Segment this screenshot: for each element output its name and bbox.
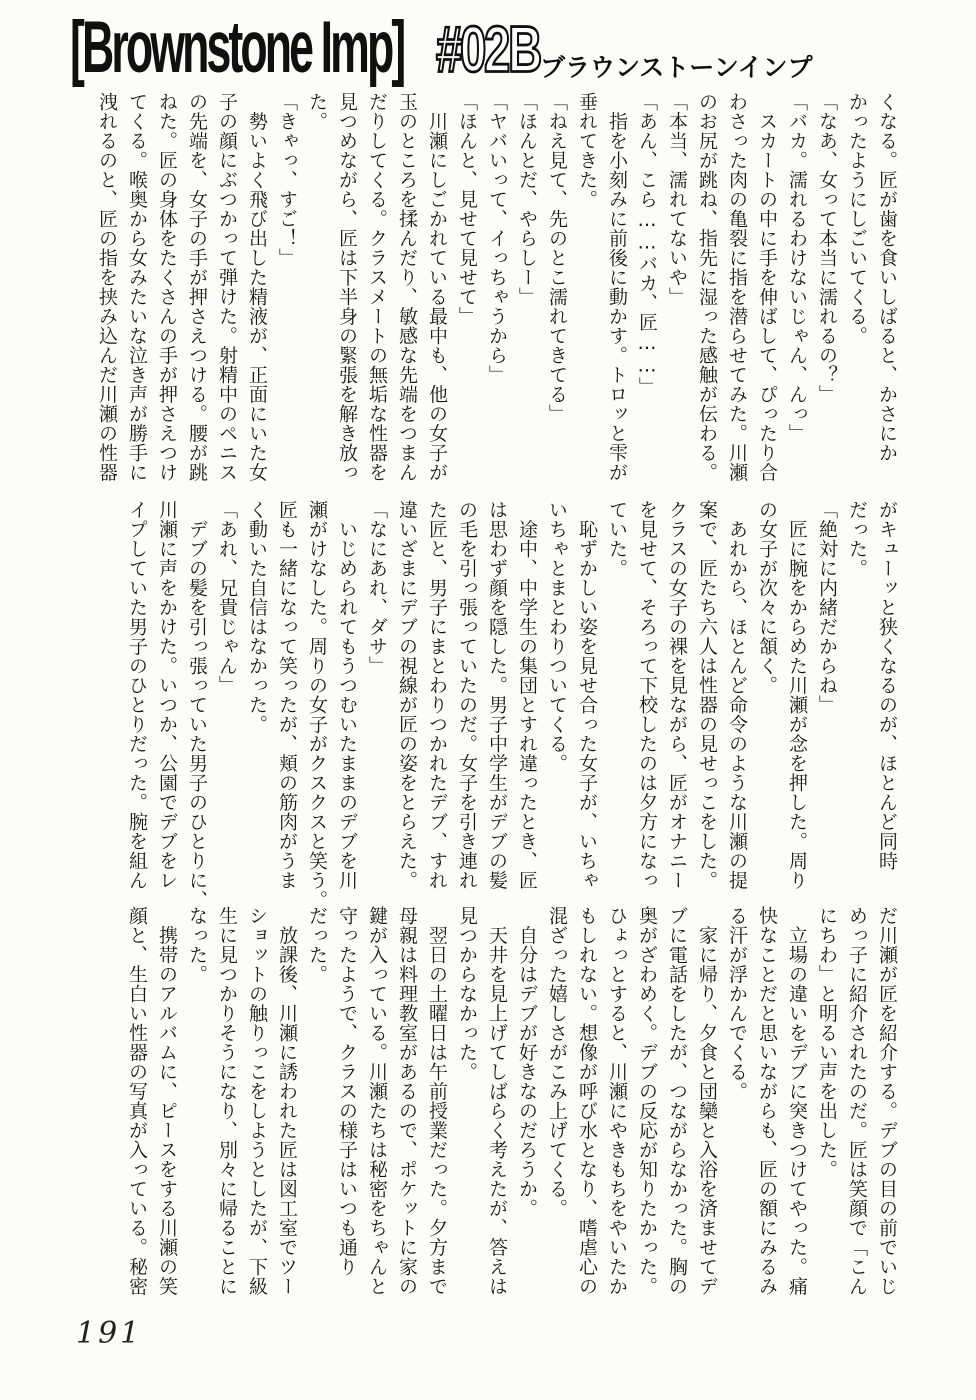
text-column: 母親は料理教室があるので、ポケットに家の [392, 906, 422, 1312]
text-column: 「きゃっ、すご！」 [272, 92, 302, 484]
text-column: 「絶対に内緒だからね」 [812, 500, 842, 896]
text-column: 垂れてきた。 [572, 92, 602, 484]
series-title-english: [Brownstone Imp] [70, 6, 403, 90]
text-column: 天井を見上げてしばらく考えたが、答えは [482, 906, 512, 1312]
text-column: ブに電話をしたが、つながらなかった。胸の [662, 906, 692, 1312]
text-column: だりしてくる。クラスメートの無垢な性器を [362, 92, 392, 484]
text-column: 守ったようで、クラスの様子はいつも通り [332, 906, 362, 1312]
text-column: 「ほんと、見せて見せて」 [452, 92, 482, 484]
text-column: いちゃとまとわりついてくる。 [542, 500, 572, 896]
text-column: 混ざった嬉しさがこみ上げてくる。 [542, 906, 572, 1312]
text-column: ねた。匠の身体をたくさんの手が押さえつけ [152, 92, 182, 484]
text-column: くなる。匠が歯を食いしばると、かさにか [872, 92, 902, 484]
text-column: く動いた自信はなかった。 [242, 500, 272, 896]
text-band-top: くなる。匠が歯を食いしばると、かさにかかったようにしごいてくる。「なあ、女って本… [92, 92, 902, 484]
text-column: あれから、ほとんど命令のような川瀬の提 [722, 500, 752, 896]
text-column: 川瀬にしごかれている最中も、他の女子が [422, 92, 452, 484]
episode-number: #02B [436, 12, 540, 87]
text-column: かったようにしごいてくる。 [842, 92, 872, 484]
text-column: 恥ずかしい姿を見せ合った女子が、いちゃ [572, 500, 602, 896]
text-column: 立場の違いをデブに突きつけてやった。痛 [782, 906, 812, 1312]
text-column: デブの髪を引っ張っていた男子のひとりに、 [182, 500, 212, 896]
text-column: 匠に腕をからめた川瀬が念を押した。周り [782, 500, 812, 896]
text-column: もしれない。想像が呼び水となり、嗜虐心の [572, 906, 602, 1312]
text-column: 子の顔にぶつかって弾けた。射精中のペニス [212, 92, 242, 484]
text-column: 「本当、濡れてないや」 [662, 92, 692, 484]
text-column: ていた。 [602, 500, 632, 896]
text-column: めっ子に紹介されたのだ。匠は笑顔で「こん [842, 906, 872, 1312]
text-column: 洩れるのと、匠の指を挟み込んだ川瀬の性器 [92, 92, 122, 484]
text-column: 川瀬に声をかけた。いつか、公園でデブをレ [152, 500, 182, 896]
text-column: クラスの女子の裸を見ながら、匠がオナニー [662, 500, 692, 896]
text-column: 顔と、生白い性器の写真が入っている。秘密 [122, 906, 152, 1312]
series-title-japanese: ブラウンストーンインプ [540, 48, 813, 84]
text-column: 「ヤバいって、イっちゃうから」 [482, 92, 512, 484]
text-column: スカートの中に手を伸ばして、ぴったり合 [752, 92, 782, 484]
text-column: 案で、匠たち六人は性器の見せっこをした。 [692, 500, 722, 896]
text-column: だった。 [842, 500, 872, 896]
text-column: 勢いよく飛び出した精液が、正面にいた女 [242, 92, 272, 484]
text-column: た匠と、男子にまとわりつかれたデブ、すれ [422, 500, 452, 896]
text-column: 「なあ、女って本当に濡れるの？」 [812, 92, 842, 484]
text-column: 途中、中学生の集団とすれ違ったとき、匠 [512, 500, 542, 896]
text-column: 匠も一緒になって笑ったが、頬の筋肉がうま [272, 500, 302, 896]
text-column: 「バカ。濡れるわけないじゃん、んっ」 [782, 92, 812, 484]
text-column: 鍵が入っている。川瀬たちは秘密をちゃんと [362, 906, 392, 1312]
text-column: 見つめながら、匠は下半身の緊張を解き放っ [332, 92, 362, 484]
text-column: のお尻が跳ね、指先に湿った感触が伝わる。 [692, 92, 722, 484]
text-column: 快なことだと思いながらも、匠の額にみるみ [752, 906, 782, 1312]
text-column: 違いざまにデブの視線が匠の姿をとらえた。 [392, 500, 422, 896]
text-column: 奥がざわめく。デブの反応が知りたかった。 [632, 906, 662, 1312]
text-column: なった。 [182, 906, 212, 1312]
page-number: 191 [76, 1316, 142, 1351]
text-column: 「あん、こら……バカ、匠……」 [632, 92, 662, 484]
text-band-bottom: だ川瀬が匠を紹介する。デブの目の前でいじめっ子に紹介されたのだ。匠は笑顔で「こん… [122, 906, 902, 1312]
text-column: を見せて、そろって下校したのは夕方になっ [632, 500, 662, 896]
text-column: 翌日の土曜日は午前授業だった。夕方まで [422, 906, 452, 1312]
text-column: た。 [302, 92, 332, 484]
novel-page: [Brownstone Imp] #02B ブラウンストーンインプ くなる。匠が… [0, 0, 976, 1400]
text-column: イプしていた男子のひとりだった。腕を組ん [122, 500, 152, 896]
text-column: 瀬がけなした。周りの女子がクスクスと笑う。 [302, 500, 332, 896]
text-column: ひょっとすると、川瀬にやきもちをやいたか [602, 906, 632, 1312]
text-column: の女子が次々に頷く。 [752, 500, 782, 896]
text-column: 「なにあれ、ダサ」 [362, 500, 392, 896]
text-column: がキューッと狭くなるのが、ほとんど同時 [872, 500, 902, 896]
text-column: は思わず顔を隠した。男子中学生がデブの髪 [482, 500, 512, 896]
text-column: だ川瀬が匠を紹介する。デブの目の前でいじ [872, 906, 902, 1312]
text-column: る汗が浮かんでくる。 [722, 906, 752, 1312]
text-column: ショットの触りっこをしようとしたが、下級 [242, 906, 272, 1312]
text-column: 「ねえ見て、先のとこ濡れてきてる」 [542, 92, 572, 484]
text-column: 自分はデブが好きなのだろうか。 [512, 906, 542, 1312]
text-column: 玉のところを揉んだり、敏感な先端をつまん [392, 92, 422, 484]
text-column: 「あれ、兄貴じゃん」 [212, 500, 242, 896]
text-column: わさった肉の亀裂に指を潜らせてみた。川瀬 [722, 92, 752, 484]
text-column: の毛を引っ張っていたのだ。女子を引き連れ [452, 500, 482, 896]
text-column: にちわ」と明るい声を出した。 [812, 906, 842, 1312]
text-column: いじめられてもうつむいたままのデブを川 [332, 500, 362, 896]
text-column: 見つからなかった。 [452, 906, 482, 1312]
text-column: 放課後、川瀬に誘われた匠は図工室でツー [272, 906, 302, 1312]
text-column: 指を小刻みに前後に動かす。トロッと雫が [602, 92, 632, 484]
text-column: の先端を、女子の手が押さえつける。腰が跳 [182, 92, 212, 484]
text-column: てくる。喉奥から女みたいな泣き声が勝手に [122, 92, 152, 484]
text-column: だった。 [302, 906, 332, 1312]
text-column: 「ほんとだ、やらしー」 [512, 92, 542, 484]
text-column: 生に見つかりそうになり、別々に帰ることに [212, 906, 242, 1312]
text-column: 家に帰り、夕食と団欒と入浴を済ませてデ [692, 906, 722, 1312]
text-column: 携帯のアルバムに、ピースをする川瀬の笑 [152, 906, 182, 1312]
text-band-middle: がキューッと狭くなるのが、ほとんど同時だった。「絶対に内緒だからね」 匠に腕をか… [122, 500, 902, 896]
